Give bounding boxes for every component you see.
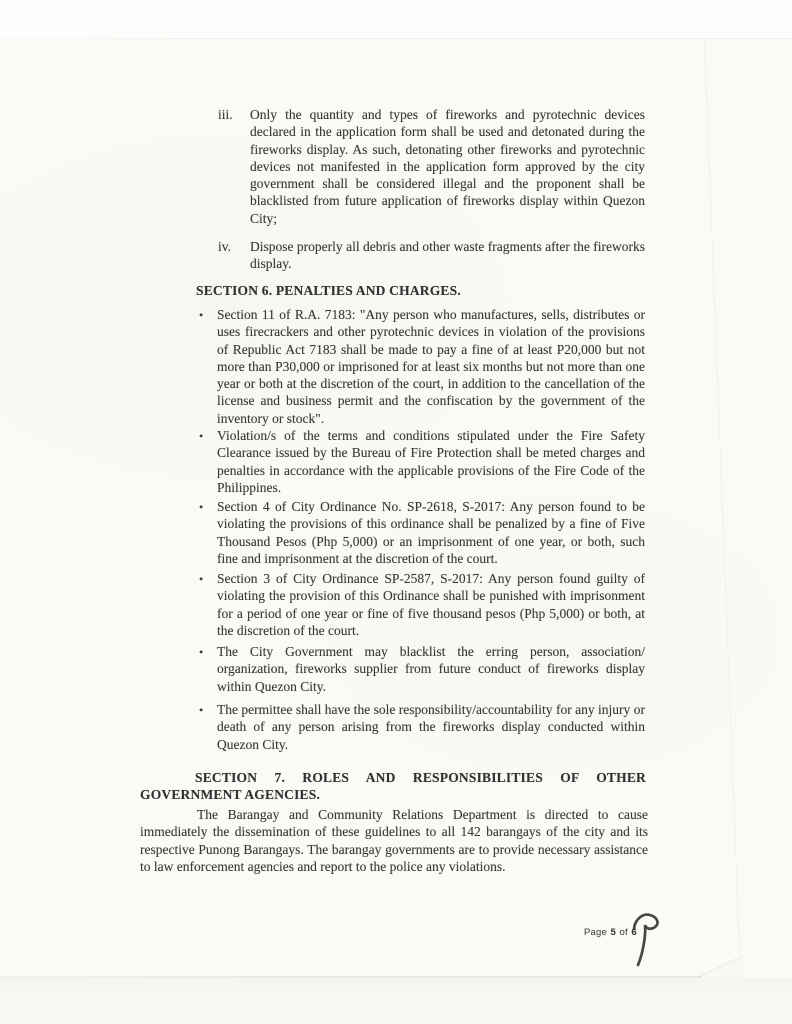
page-label: Page — [584, 927, 607, 938]
handwritten-initial-mark — [630, 910, 664, 968]
bullet-icon: • — [199, 643, 217, 695]
bullet-text: Section 11 of R.A. 7183: "Any person who… — [217, 306, 645, 427]
scanner-background-top — [0, 0, 792, 38]
bullet-text: Section 3 of City Ordinance SP-2587, S-2… — [217, 570, 645, 639]
bullet-item: • Section 4 of City Ordinance No. SP-261… — [199, 498, 645, 567]
section-6-heading: SECTION 6. PENALTIES AND CHARGES. — [196, 282, 648, 299]
paper-top-edge — [0, 38, 792, 39]
bullet-icon: • — [199, 427, 217, 496]
list-item-text: Dispose properly all debris and other wa… — [250, 238, 645, 273]
section-7-paragraph: The Barangay and Community Relations Dep… — [140, 806, 648, 875]
bullet-item: • The City Government may blacklist the … — [199, 643, 645, 695]
list-item-text: Only the quantity and types of fireworks… — [250, 106, 645, 227]
list-item-label: iv. — [218, 238, 250, 273]
bullet-icon: • — [199, 570, 217, 639]
page-number-footer: Page 5 of 6 — [584, 927, 637, 938]
bullet-item: • The permittee shall have the sole resp… — [199, 701, 645, 753]
list-item-label: iii. — [218, 106, 250, 227]
bullet-text: Section 4 of City Ordinance No. SP-2618,… — [217, 498, 645, 567]
bullet-text: The permittee shall have the sole respon… — [217, 701, 645, 753]
scanner-background-bottom — [0, 978, 792, 1024]
list-item-iii: iii. Only the quantity and types of fire… — [218, 106, 645, 227]
bullet-icon: • — [199, 701, 217, 753]
bullet-icon: • — [199, 498, 217, 567]
section-7-heading: SECTION 7. ROLES AND RESPONSIBILITIES OF… — [140, 769, 646, 804]
list-item-iv: iv. Dispose properly all debris and othe… — [218, 238, 645, 273]
paper-right-edge — [704, 40, 741, 979]
bullet-text: Violation/s of the terms and conditions … — [217, 427, 645, 496]
page-of-label: of — [619, 927, 627, 938]
bullet-icon: • — [199, 306, 217, 427]
scanned-document-page: iii. Only the quantity and types of fire… — [0, 0, 792, 1024]
bullet-item: • Violation/s of the terms and condition… — [199, 427, 645, 496]
bullet-item: • Section 3 of City Ordinance SP-2587, S… — [199, 570, 645, 639]
bullet-text: The City Government may blacklist the er… — [217, 643, 645, 695]
bullet-item: • Section 11 of R.A. 7183: "Any person w… — [199, 306, 645, 427]
page-current: 5 — [611, 927, 616, 938]
